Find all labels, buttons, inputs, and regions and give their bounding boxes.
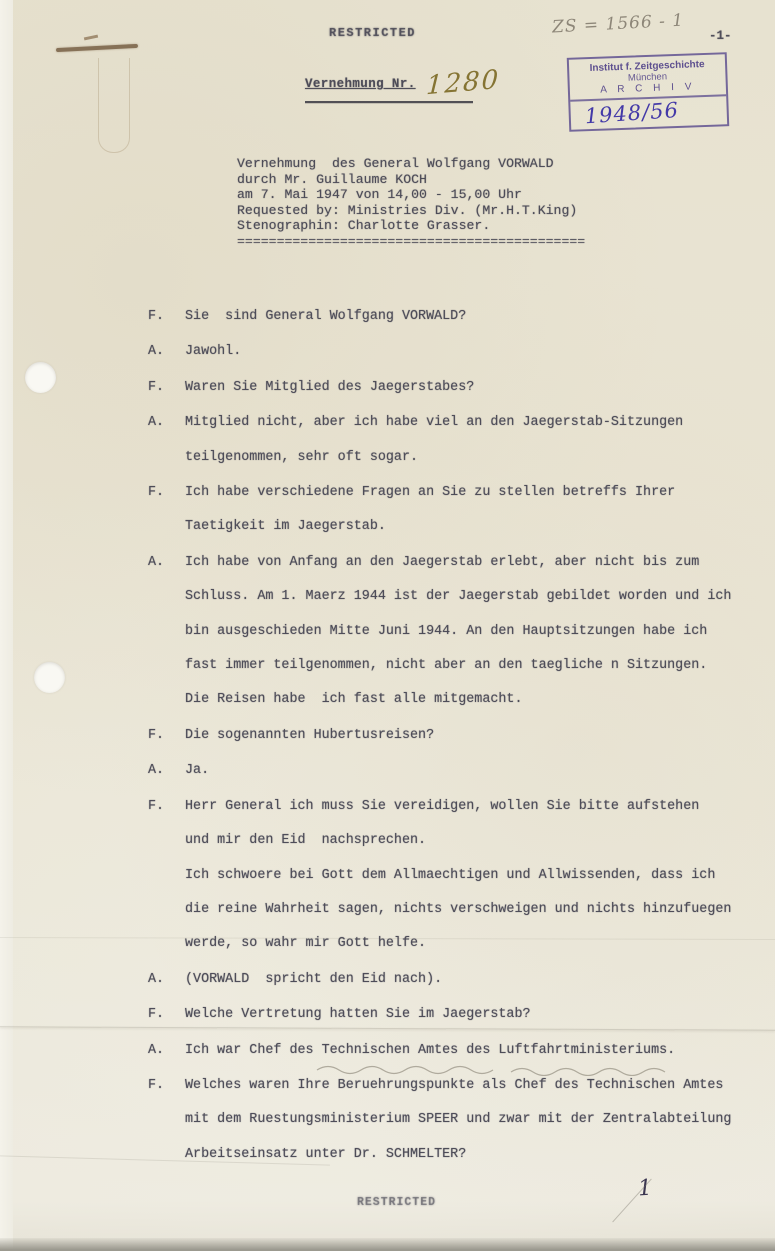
punch-hole-top <box>25 362 56 393</box>
typed-page-number: -1- <box>709 29 732 43</box>
answer-label: A. <box>148 335 185 369</box>
title-underline <box>305 101 473 103</box>
qa-line: (VORWALD spricht den Eid nach). <box>185 963 760 997</box>
scan-left-edge <box>0 0 13 1251</box>
qa-entry: F. Welches waren Ihre Beruehrungspunkte … <box>148 1069 760 1172</box>
qa-line: Ich habe von Anfang an den Jaegerstab er… <box>185 546 760 580</box>
qa-line: bin ausgeschieden Mitte Juni 1944. An de… <box>185 615 760 649</box>
qa-entry: A. (VORWALD spricht den Eid nach). <box>148 963 760 997</box>
answer-label: A. <box>148 406 185 475</box>
header-line-requested-by: Requested by: Ministries Div. (Mr.H.T.Ki… <box>237 203 585 219</box>
pencil-underline <box>315 1062 690 1076</box>
qa-entry: A. Ja. <box>148 754 760 788</box>
question-label: F. <box>148 998 185 1032</box>
punch-hole-bottom <box>34 662 65 693</box>
answer-label: A. <box>148 754 185 788</box>
question-label: F. <box>148 719 185 753</box>
qa-line: Die sogenannten Hubertusreisen? <box>185 719 760 753</box>
qa-entry: A. Ich habe von Anfang an den Jaegerstab… <box>148 546 760 718</box>
qa-entry: F. Die sogenannten Hubertusreisen? <box>148 719 760 753</box>
qa-entry: F. Sie sind General Wolfgang VORWALD? <box>148 300 760 334</box>
qa-line: Taetigkeit im Jaegerstab. <box>185 510 760 544</box>
handwritten-archive-reference: ZS = 1566 - 1 <box>552 11 685 38</box>
qa-line: Schluss. Am 1. Maerz 1944 ist der Jaeger… <box>185 580 760 614</box>
header-separator: ========================================… <box>237 234 585 250</box>
qa-line: mit dem Ruestungsministerium SPEER und z… <box>185 1103 760 1137</box>
classification-stamp-top: RESTRICTED <box>329 26 416 40</box>
qa-line: Die Reisen habe ich fast alle mitgemacht… <box>185 683 760 717</box>
header-line-subject: Vernehmung des General Wolfgang VORWALD <box>237 156 585 172</box>
qa-line: Welche Vertretung hatten Sie im Jaegerst… <box>185 998 760 1032</box>
answer-label: A. <box>148 1034 185 1068</box>
rust-staple-mark <box>56 44 138 52</box>
answer-label: A. <box>148 963 185 997</box>
qa-entry: F. Welche Vertretung hatten Sie im Jaege… <box>148 998 760 1032</box>
qa-line: Mitglied nicht, aber ich habe viel an de… <box>185 406 760 440</box>
qa-line-oath: werde, so wahr mir Gott helfe. <box>185 927 760 961</box>
document-title: Vernehmung Nr.1280 <box>305 68 500 98</box>
qa-entry: A. Jawohl. <box>148 335 760 369</box>
answer-label: A. <box>148 546 185 718</box>
qa-line: fast immer teilgenommen, nicht aber an d… <box>185 649 760 683</box>
qa-line: Sie sind General Wolfgang VORWALD? <box>185 300 760 334</box>
handwritten-interrogation-number: 1280 <box>425 65 500 102</box>
header-line-stenographer: Stenographin: Charlotte Grasser. <box>237 218 585 234</box>
question-label: F. <box>148 371 185 405</box>
qa-line: teilgenommen, sehr oft sogar. <box>185 441 760 475</box>
qa-line: Herr General ich muss Sie vereidigen, wo… <box>185 790 760 824</box>
qa-line: Ich habe verschiedene Fragen an Sie zu s… <box>185 476 760 510</box>
qa-line-oath: Ich schwoere bei Gott dem Allmaechtigen … <box>185 859 760 893</box>
qa-entry: F. Waren Sie Mitglied des Jaegerstabes? <box>148 371 760 405</box>
paperclip-imprint <box>98 58 130 153</box>
qa-transcript: F. Sie sind General Wolfgang VORWALD? A.… <box>148 300 760 1173</box>
scan-bottom-edge <box>0 1238 775 1251</box>
qa-line: Jawohl. <box>185 335 760 369</box>
qa-line: Waren Sie Mitglied des Jaegerstabes? <box>185 371 760 405</box>
qa-entry: F. Herr General ich muss Sie vereidigen,… <box>148 790 760 962</box>
header-line-datetime: am 7. Mai 1947 von 14,00 - 15,00 Uhr <box>237 187 585 203</box>
question-label: F. <box>148 790 185 962</box>
interrogation-header: Vernehmung des General Wolfgang VORWALD … <box>237 156 585 250</box>
qa-line: Arbeitseinsatz unter Dr. SCHMELTER? <box>185 1138 760 1172</box>
question-label: F. <box>148 300 185 334</box>
question-label: F. <box>148 476 185 545</box>
classification-stamp-bottom: RESTRICTED <box>357 1196 436 1209</box>
header-line-interrogator: durch Mr. Guillaume KOCH <box>237 172 585 188</box>
rust-staple-mark-small <box>84 35 98 41</box>
qa-line-oath: die reine Wahrheit sagen, nichts verschw… <box>185 893 760 927</box>
title-label: Vernehmung Nr. <box>305 77 416 91</box>
qa-line: Ja. <box>185 754 760 788</box>
qa-entry: F. Ich habe verschiedene Fragen an Sie z… <box>148 476 760 545</box>
question-label: F. <box>148 1069 185 1172</box>
scanned-document-page: RESTRICTED -1- ZS = 1566 - 1 Vernehmung … <box>0 0 775 1251</box>
qa-entry: A. Mitglied nicht, aber ich habe viel an… <box>148 406 760 475</box>
qa-line: und mir den Eid nachsprechen. <box>185 824 760 858</box>
archive-stamp: Institut f. Zeitgeschichte München A R C… <box>567 52 729 132</box>
